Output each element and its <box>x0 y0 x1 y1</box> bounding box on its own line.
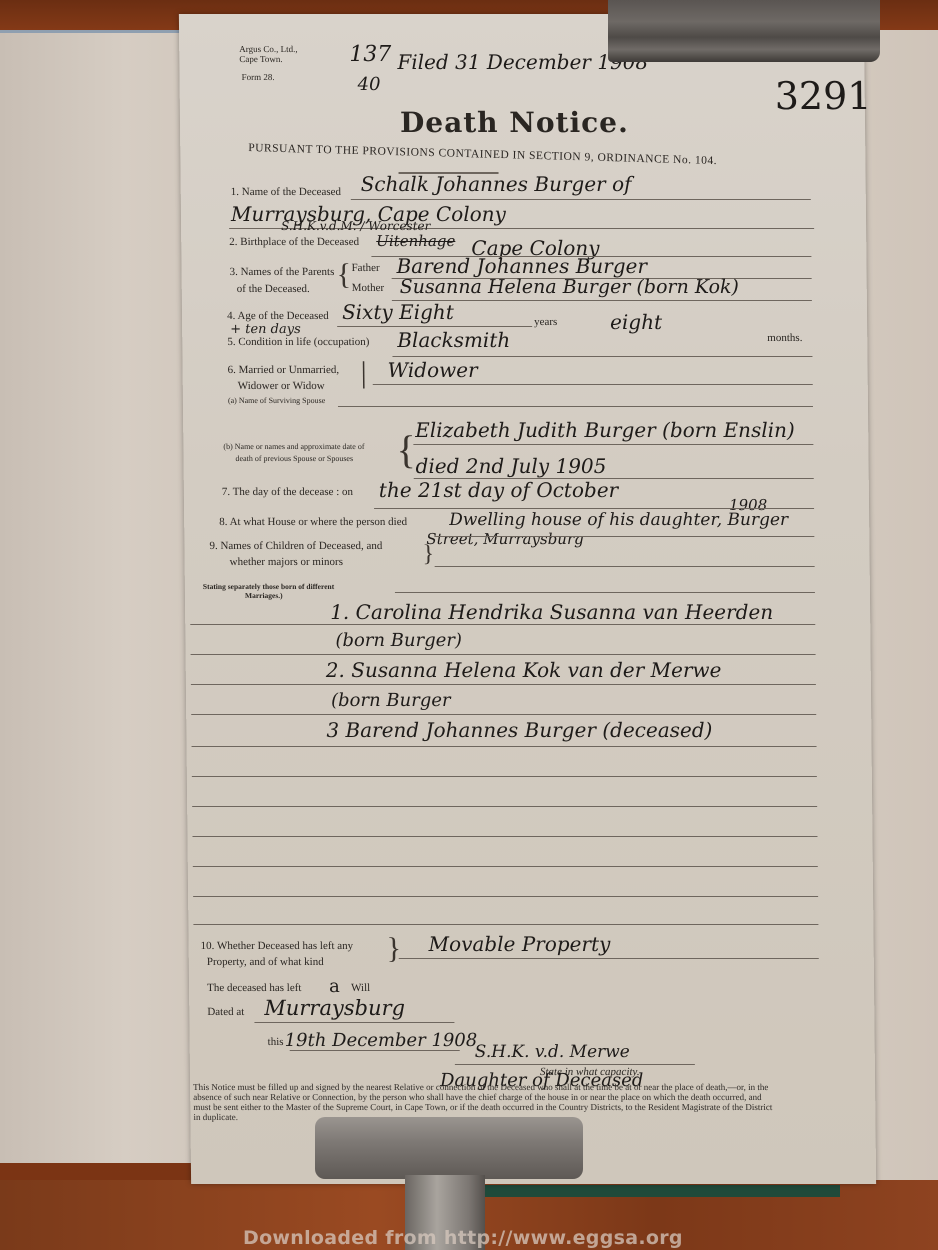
children-label-line4: Marriages.) <box>245 591 283 600</box>
name-label: 1. Name of the Deceased <box>231 186 341 198</box>
binder-clip-bottom <box>315 1117 583 1179</box>
child-1-line1: 1. Carolina Hendrika Susanna van Heerden <box>330 600 773 624</box>
rule <box>392 356 812 357</box>
rule <box>192 776 817 777</box>
rule <box>399 958 819 959</box>
will-label-suffix: Will <box>351 982 370 994</box>
footer-instructions: This Notice must be filled up and signed… <box>193 1082 773 1122</box>
rule <box>193 866 818 867</box>
previous-spouse-value-line1: Elizabeth Judith Burger (born Enslin) <box>415 418 795 442</box>
place-of-death-value-line1: Dwelling house of his daughter, Burger <box>449 510 788 530</box>
child-1-line2: (born Burger) <box>335 630 462 651</box>
rule <box>192 806 817 807</box>
rule <box>435 566 815 567</box>
birthplace-annotation: S.H.K.v.d.M. / Worcester <box>281 219 430 233</box>
children-label-line3: Stating separately those born of differe… <box>203 582 334 591</box>
child-2-line2: (born Burger <box>331 690 451 711</box>
marital-label-line1: 6. Married or Unmarried, <box>228 364 340 376</box>
rule <box>455 1064 695 1065</box>
age-months-value: eight <box>610 310 662 334</box>
marital-value: Widower <box>387 358 477 382</box>
rule <box>434 536 814 537</box>
rule <box>337 326 532 327</box>
will-label-prefix: The deceased has left <box>207 982 302 994</box>
place-of-death-label: 8. At what House or where the person die… <box>219 516 407 528</box>
marital-label-line2: Widower or Widow <box>238 380 325 392</box>
birthplace-label: 2. Birthplace of the Deceased <box>229 236 359 248</box>
mother-label: Mother <box>352 282 385 294</box>
previous-spouse-label-line1: (b) Name or names and approximate date o… <box>223 442 364 451</box>
age-years-label: years <box>534 316 557 328</box>
printer-imprint: Argus Co., Ltd., Cape Town. <box>239 44 299 64</box>
form-number: Form 28. <box>241 72 274 82</box>
age-months-label: months. <box>767 332 802 344</box>
binder-clip-top <box>608 0 880 62</box>
mother-value: Susanna Helena Burger (born Kok) <box>400 276 739 298</box>
rule <box>191 654 816 655</box>
rule <box>373 384 813 385</box>
rule <box>351 199 811 200</box>
signature: S.H.K. v.d. Merwe <box>475 1042 630 1062</box>
file-ref-bottom: 40 <box>358 74 381 95</box>
rule <box>192 746 817 747</box>
birthplace-struck-value: Uitenhage <box>376 232 455 250</box>
father-value: Barend Johannes Burger <box>396 254 647 278</box>
document-subtitle: PURSUANT TO THE PROVISIONS CONTAINED IN … <box>248 142 717 167</box>
property-brace: } <box>387 934 402 964</box>
age-label: 4. Age of the Deceased <box>227 310 329 322</box>
rule <box>413 444 813 445</box>
rule <box>193 896 818 897</box>
children-label-line2: whether majors or minors <box>230 556 343 568</box>
death-notice-document: Argus Co., Ltd., Cape Town. Form 28. 137… <box>179 14 876 1184</box>
decease-date-label: 7. The day of the decease : on <box>222 486 353 498</box>
parents-label-line2: of the Deceased. <box>237 283 310 295</box>
file-ref-top: 137 <box>349 42 391 67</box>
property-label-line2: Property, and of what kind <box>207 956 324 968</box>
rule <box>392 300 812 301</box>
previous-spouse-label-line2: death of previous Spouse or Spouses <box>235 454 353 463</box>
occupation-label: 5. Condition in life (occupation) <box>227 336 369 348</box>
source-watermark: Downloaded from http://www.eggsa.org <box>243 1227 683 1249</box>
rule <box>290 1050 460 1051</box>
property-label-line1: 10. Whether Deceased has left any <box>201 940 354 952</box>
rule <box>374 508 814 509</box>
child-2-line1: 2. Susanna Helena Kok van der Merwe <box>326 658 722 682</box>
rule <box>193 924 818 925</box>
dated-at-label: Dated at <box>207 1006 244 1018</box>
age-years-value: Sixty Eight <box>342 300 454 324</box>
father-label: Father <box>351 262 379 274</box>
rule <box>395 592 815 593</box>
decease-date-value: the 21st day of October <box>379 478 619 502</box>
previous-spouse-value-line2: died 2nd July 1905 <box>415 454 606 478</box>
place-of-death-value-line2: Street, Murraysburg <box>426 530 584 548</box>
binder-green-edge <box>480 1185 840 1197</box>
surviving-spouse-label: (a) Name of Surviving Spouse <box>228 396 325 405</box>
estate-number: 3291 <box>775 74 872 118</box>
rule <box>191 714 816 715</box>
marital-brace: | <box>360 358 366 388</box>
previous-spouse-brace: { <box>396 430 416 470</box>
rule <box>254 1022 454 1023</box>
will-value: a <box>329 976 340 997</box>
dated-at-value: Murraysburg <box>264 996 405 1020</box>
children-label-line1: 9. Names of Children of Deceased, and <box>209 540 382 552</box>
rule <box>338 406 813 407</box>
document-title: Death Notice. <box>400 106 629 139</box>
occupation-value: Blacksmith <box>397 328 510 352</box>
this-label: this <box>268 1036 284 1048</box>
children-brace: } <box>422 542 434 566</box>
property-value: Movable Property <box>428 932 610 956</box>
parents-brace: { <box>336 260 351 290</box>
parents-label-line1: 3. Names of the Parents <box>230 266 335 278</box>
child-3-line1: 3 Barend Johannes Burger (deceased) <box>326 718 712 742</box>
age-days-note: + ten days <box>230 322 301 337</box>
rule <box>192 836 817 837</box>
this-date-value: 19th December 1908 <box>285 1030 478 1051</box>
rule <box>191 684 816 685</box>
name-value-line1: Schalk Johannes Burger of <box>361 172 632 196</box>
rule <box>190 624 815 625</box>
